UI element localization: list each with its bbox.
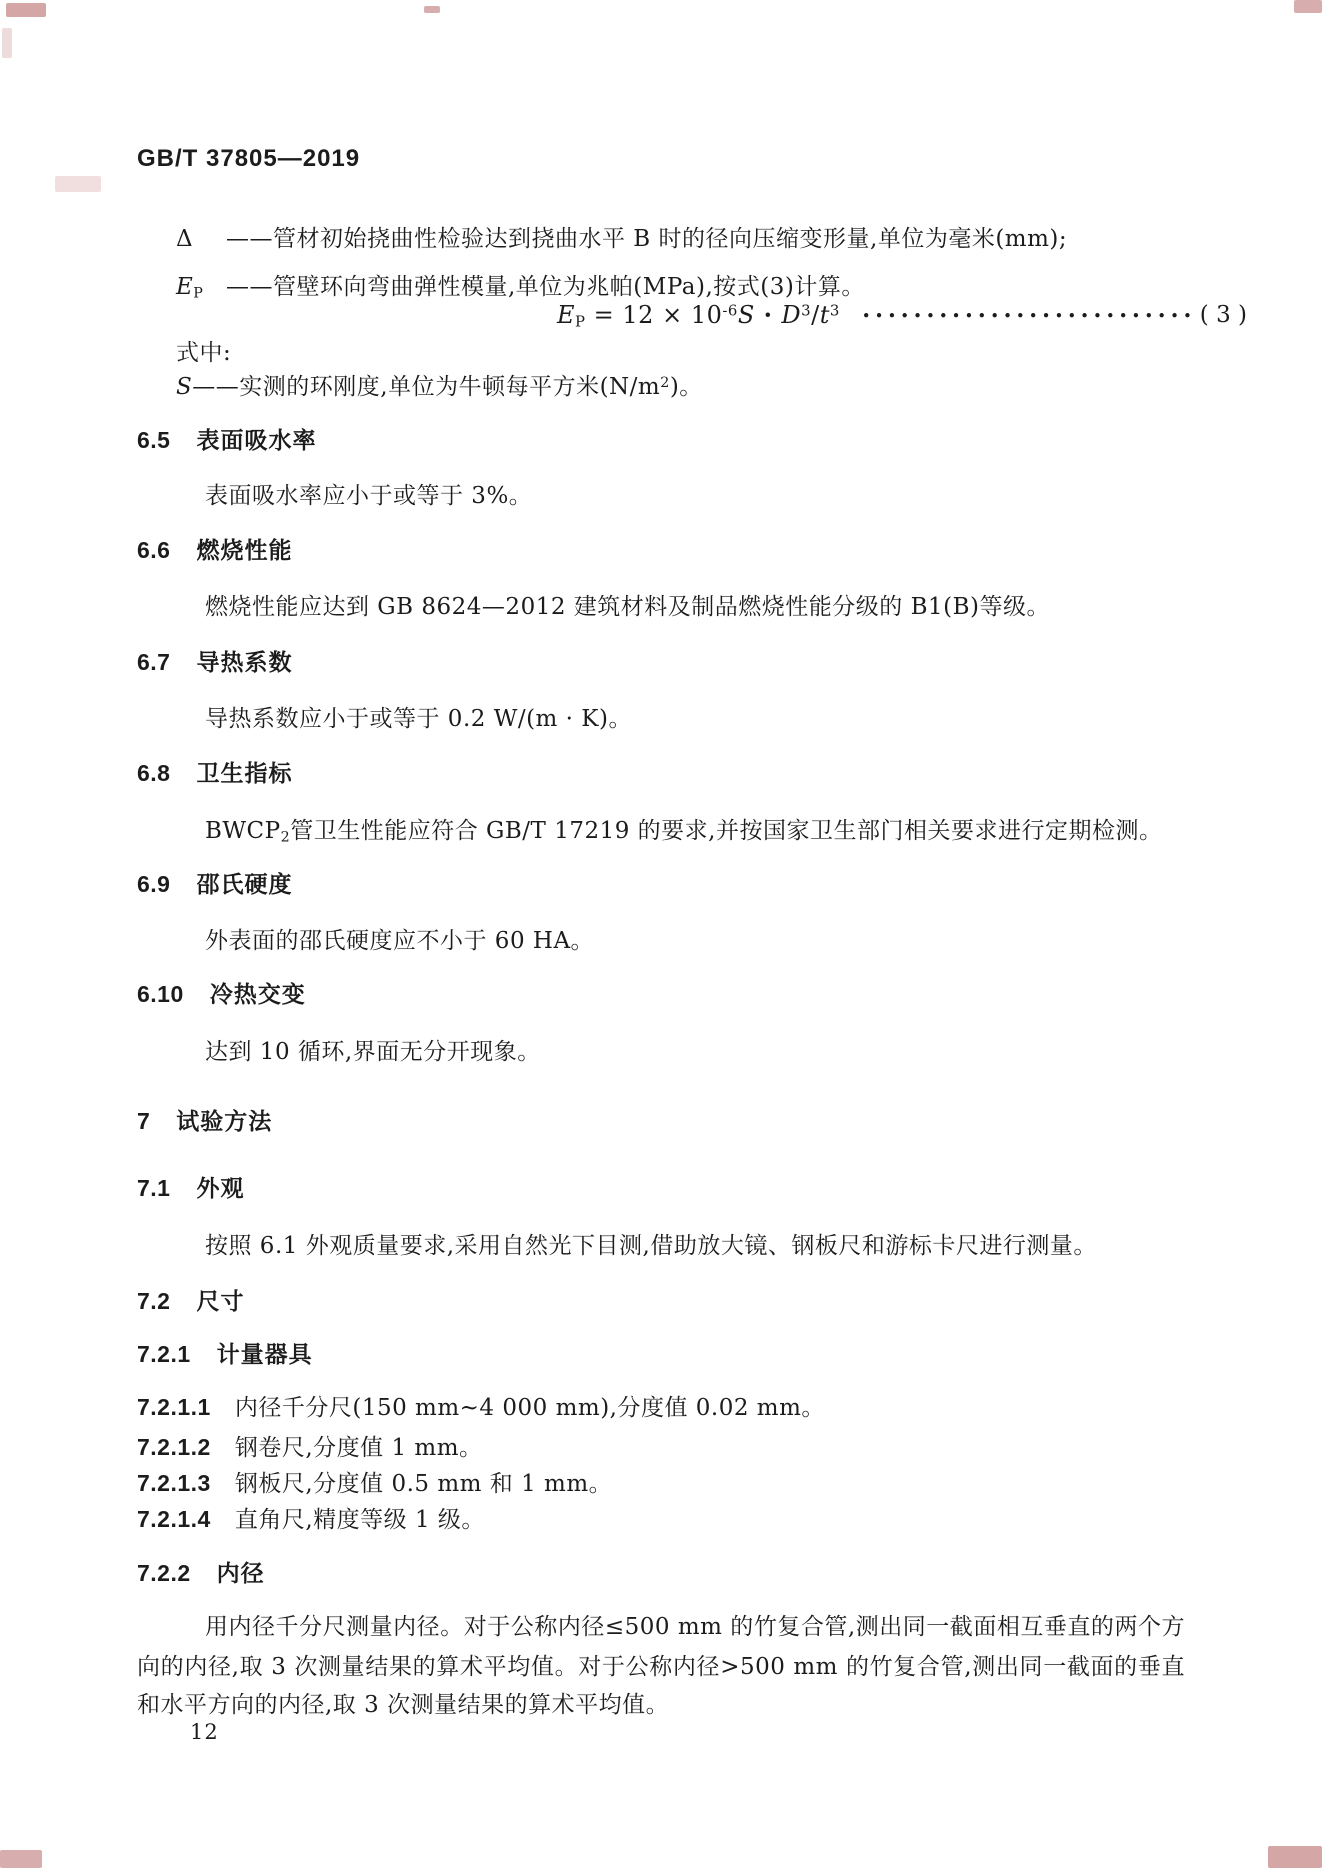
formula-d-exp: 3 bbox=[801, 302, 811, 320]
section-number: 6.7 bbox=[137, 649, 170, 675]
formula-exponent: -6 bbox=[722, 302, 738, 320]
formula-d-var: D bbox=[781, 301, 801, 329]
section-title: 表面吸水率 bbox=[196, 427, 316, 453]
ep-symbol-base: E bbox=[176, 274, 193, 300]
section-title: 卫生指标 bbox=[196, 760, 292, 786]
formula-dot: · bbox=[755, 300, 782, 329]
item-text: 钢卷尺,分度值 1 mm。 bbox=[235, 1435, 483, 1461]
item-number: 7.2.1.3 bbox=[137, 1470, 211, 1496]
doc-code: GB/T 37805—2019 bbox=[137, 145, 360, 173]
section-6-8-heading: 6.8卫生指标 bbox=[137, 755, 292, 788]
ep-text: 管壁环向弯曲弹性模量,单位为兆帕(MPa),按式(3)计算。 bbox=[273, 274, 865, 300]
formula-leader-dots: •••••••••••••••••••••••••• bbox=[862, 305, 1196, 325]
section-6-5-body: 表面吸水率应小于或等于 3%。 bbox=[205, 477, 532, 510]
scan-artifact-left-smudge bbox=[55, 176, 101, 192]
ep-symbol: EP bbox=[176, 274, 226, 302]
section-number: 7.2.1 bbox=[137, 1341, 191, 1367]
ep-dash: —— bbox=[226, 274, 273, 300]
formula-mid: = 12 × 10 bbox=[586, 301, 723, 329]
instrument-item-1: 7.2.1.1内径千分尺(150 mm~4 000 mm),分度值 0.02 m… bbox=[137, 1389, 825, 1422]
s-text: 实测的环刚度,单位为牛顿每平方米(N/m bbox=[239, 374, 660, 400]
instrument-item-3: 7.2.1.3钢板尺,分度值 0.5 mm 和 1 mm。 bbox=[137, 1465, 612, 1498]
ep-definition: EP——管壁环向弯曲弹性模量,单位为兆帕(MPa),按式(3)计算。 bbox=[176, 268, 865, 302]
section-6-10-heading: 6.10冷热交变 bbox=[137, 976, 306, 1009]
section-title: 冷热交变 bbox=[210, 981, 306, 1007]
scan-artifact-bottom-right bbox=[1268, 1846, 1322, 1868]
bwcp-label: BWCP bbox=[205, 818, 281, 844]
instrument-item-2: 7.2.1.2钢卷尺,分度值 1 mm。 bbox=[137, 1429, 483, 1462]
section-6-9-heading: 6.9邵氏硬度 bbox=[137, 866, 292, 899]
delta-text: 管材初始挠曲性检验达到挠曲水平 B 时的径向压缩变形量,单位为毫米(mm); bbox=[273, 226, 1067, 252]
item-text: 钢板尺,分度值 0.5 mm 和 1 mm。 bbox=[235, 1471, 612, 1497]
section-6-7-heading: 6.7导热系数 bbox=[137, 644, 292, 677]
instrument-item-4: 7.2.1.4直角尺,精度等级 1 级。 bbox=[137, 1501, 485, 1534]
delta-dash: —— bbox=[226, 226, 273, 252]
section-title: 试验方法 bbox=[176, 1108, 272, 1134]
formula-number: ( 3 ) bbox=[1200, 302, 1247, 328]
formula-lhs-sub: P bbox=[575, 313, 586, 331]
s-definition: S——实测的环刚度,单位为牛顿每平方米(N/m2)。 bbox=[176, 368, 703, 401]
formula-slash: / bbox=[811, 301, 820, 329]
section-title: 燃烧性能 bbox=[196, 537, 292, 563]
section-6-7-body: 导热系数应小于或等于 0.2 W/(m · K)。 bbox=[205, 700, 632, 733]
bwcp-subscript: 2 bbox=[281, 830, 291, 846]
section-7-1-heading: 7.1外观 bbox=[137, 1170, 244, 1203]
formula-t-var: t bbox=[820, 301, 830, 329]
page-number: 12 bbox=[190, 1720, 219, 1744]
formula-t-exp: 3 bbox=[830, 302, 840, 320]
where-label: 式中: bbox=[176, 334, 231, 367]
formula-lhs: E bbox=[557, 301, 575, 329]
section-number: 7.2 bbox=[137, 1288, 170, 1314]
section-number: 6.5 bbox=[137, 427, 170, 453]
section-7-2-1-heading: 7.2.1计量器具 bbox=[137, 1336, 313, 1369]
section-6-6-body: 燃烧性能应达到 GB 8624—2012 建筑材料及制品燃烧性能分级的 B1(B… bbox=[205, 588, 1050, 621]
section-number: 6.9 bbox=[137, 871, 170, 897]
section-6-6-heading: 6.6燃烧性能 bbox=[137, 532, 292, 565]
s-text-end: )。 bbox=[670, 374, 703, 400]
section-7-2-heading: 7.2尺寸 bbox=[137, 1283, 244, 1316]
document-page: GB/T 37805—2019 Δ——管材初始挠曲性检验达到挠曲水平 B 时的径… bbox=[0, 0, 1322, 1869]
section-title: 邵氏硬度 bbox=[196, 871, 292, 897]
section-title: 内径 bbox=[217, 1560, 265, 1586]
section-number: 7.2.2 bbox=[137, 1560, 191, 1586]
item-number: 7.2.1.4 bbox=[137, 1506, 211, 1532]
section-number: 7 bbox=[137, 1108, 150, 1134]
s-superscript: 2 bbox=[660, 375, 670, 391]
section-number: 7.1 bbox=[137, 1175, 170, 1201]
item-text: 内径千分尺(150 mm~4 000 mm),分度值 0.02 mm。 bbox=[235, 1395, 825, 1421]
section-title: 导热系数 bbox=[196, 649, 292, 675]
section-number: 6.10 bbox=[137, 981, 184, 1007]
section-title: 尺寸 bbox=[196, 1288, 244, 1314]
formula: EP = 12 × 10-6S · D3/t3 bbox=[557, 300, 840, 331]
scan-artifact-top-right bbox=[1294, 0, 1322, 13]
section-title: 外观 bbox=[196, 1175, 244, 1201]
section-6-8-body: BWCP2管卫生性能应符合 GB/T 17219 的要求,并按国家卫生部门相关要… bbox=[205, 812, 1162, 846]
formula-s-var: S bbox=[738, 301, 755, 329]
section-6-10-body: 达到 10 循环,界面无分开现象。 bbox=[205, 1033, 541, 1066]
scan-artifact-top-center bbox=[424, 6, 440, 13]
section-title: 计量器具 bbox=[217, 1341, 313, 1367]
s-dash: —— bbox=[192, 374, 239, 400]
section-6-8-text: 管卫生性能应符合 GB/T 17219 的要求,并按国家卫生部门相关要求进行定期… bbox=[290, 818, 1162, 844]
section-6-5-heading: 6.5表面吸水率 bbox=[137, 422, 316, 455]
section-7-1-body: 按照 6.1 外观质量要求,采用自然光下目测,借助放大镜、钢板尺和游标卡尺进行测… bbox=[205, 1227, 1097, 1260]
item-number: 7.2.1.2 bbox=[137, 1434, 211, 1460]
paragraph-line-3: 和水平方向的内径,取 3 次测量结果的算术平均值。 bbox=[137, 1686, 1185, 1719]
scan-artifact-left-edge bbox=[2, 28, 12, 58]
section-number: 6.8 bbox=[137, 760, 170, 786]
delta-symbol: Δ bbox=[176, 226, 226, 252]
scan-artifact-bottom-left bbox=[0, 1850, 42, 1868]
item-text: 直角尺,精度等级 1 级。 bbox=[235, 1507, 485, 1533]
s-symbol: S bbox=[176, 374, 192, 400]
item-number: 7.2.1.1 bbox=[137, 1394, 211, 1420]
section-6-9-body: 外表面的邵氏硬度应不小于 60 HA。 bbox=[205, 922, 594, 955]
clause-7-heading: 7试验方法 bbox=[137, 1103, 272, 1136]
paragraph-line-1: 用内径千分尺测量内径。对于公称内径≤500 mm 的竹复合管,测出同一截面相互垂… bbox=[137, 1608, 1185, 1641]
section-7-2-2-heading: 7.2.2内径 bbox=[137, 1555, 265, 1588]
formula-row: EP = 12 × 10-6S · D3/t3 ••••••••••••••••… bbox=[137, 300, 1247, 331]
paragraph-line-2: 向的内径,取 3 次测量结果的算术平均值。对于公称内径>500 mm 的竹复合管… bbox=[137, 1648, 1185, 1681]
scan-artifact-top-left bbox=[6, 3, 46, 17]
delta-definition: Δ——管材初始挠曲性检验达到挠曲水平 B 时的径向压缩变形量,单位为毫米(mm)… bbox=[176, 220, 1067, 253]
section-number: 6.6 bbox=[137, 537, 170, 563]
